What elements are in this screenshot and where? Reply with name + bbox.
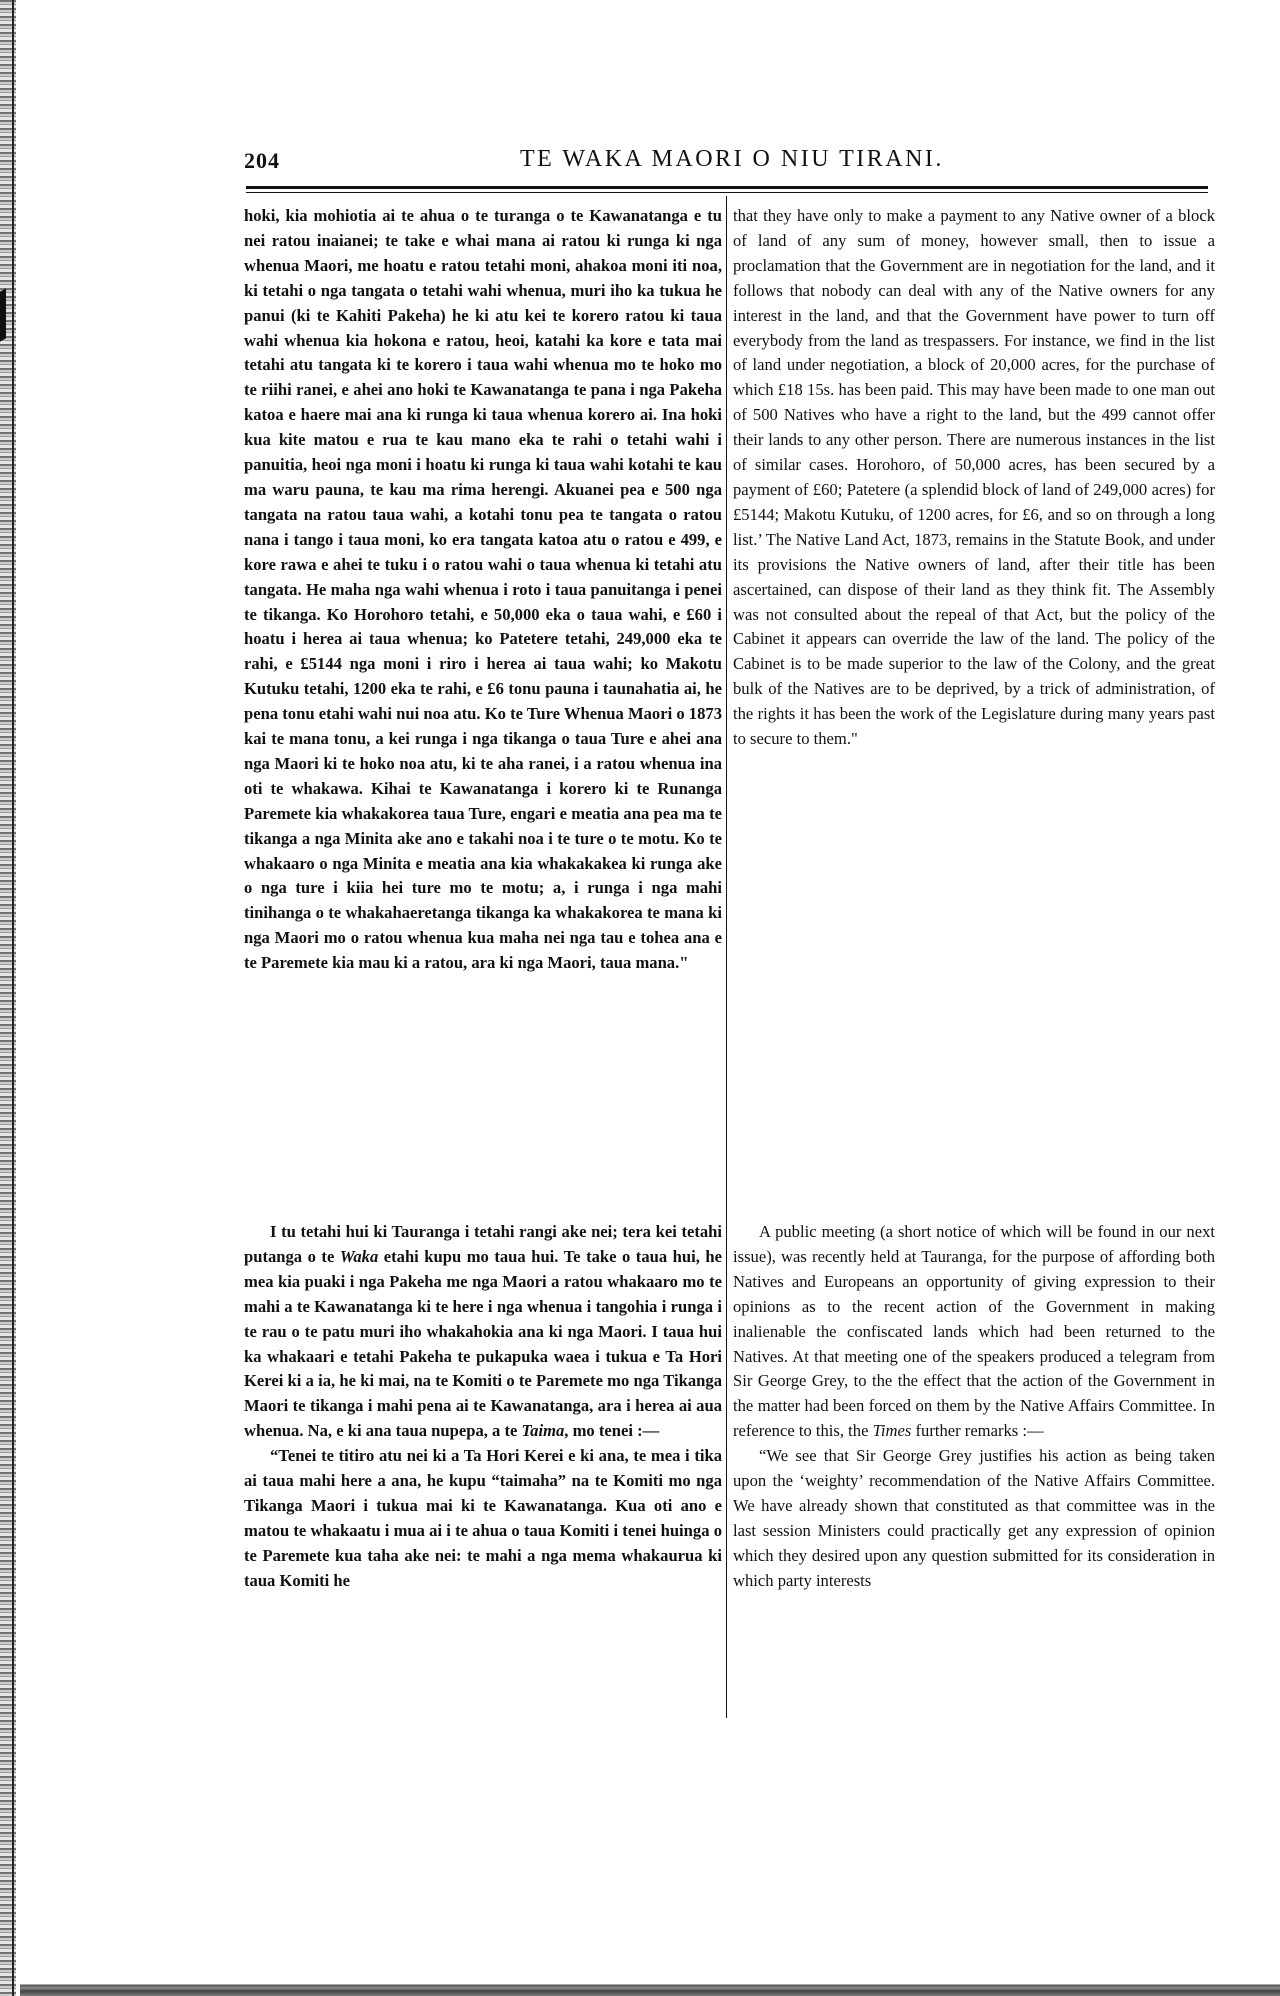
right-column-bottom-article: A public meeting (a short notice of whic…: [733, 1220, 1215, 1594]
header-rule-thick: [246, 186, 1208, 189]
left-bottom-paragraph-2: “Tenei te titiro atu nei ki a Ta Hori Ke…: [244, 1444, 722, 1593]
left-column-top-article: hoki, kia mohiotia ai te ahua o te turan…: [244, 204, 722, 976]
left-bottom-paragraph-1: I tu tetahi hui ki Tauranga i tetahi ran…: [244, 1220, 722, 1444]
right-top-paragraph: that they have only to make a payment to…: [733, 204, 1215, 752]
binding-rule: [12, 0, 14, 1996]
italic-title-waka: Waka: [340, 1247, 378, 1266]
header-rule-thin: [246, 192, 1208, 193]
left-top-paragraph: hoki, kia mohiotia ai te ahua o te turan…: [244, 204, 722, 976]
text-run: etahi kupu mo taua hui. Te take o taua h…: [244, 1247, 722, 1440]
italic-title-taima: Taima: [522, 1421, 565, 1440]
column-divider: [726, 196, 727, 1718]
page-number: 204: [244, 148, 280, 174]
left-column-bottom-article: I tu tetahi hui ki Tauranga i tetahi ran…: [244, 1220, 722, 1594]
binding-ink-mark: [0, 288, 6, 341]
italic-title-times: Times: [873, 1421, 912, 1440]
right-bottom-paragraph-2: “We see that Sir George Grey justifies h…: [733, 1444, 1215, 1593]
text-run: further remarks :—: [911, 1421, 1043, 1440]
text-run: , mo tenei :—: [564, 1421, 659, 1440]
page-bottom-edge: [20, 1982, 1280, 1996]
text-run: A public meeting (a short notice of whic…: [733, 1222, 1215, 1440]
right-bottom-paragraph-1: A public meeting (a short notice of whic…: [733, 1220, 1215, 1444]
right-column-top-article: that they have only to make a payment to…: [733, 204, 1215, 752]
masthead-title: TE WAKA MAORI O NIU TIRANI.: [520, 146, 944, 173]
